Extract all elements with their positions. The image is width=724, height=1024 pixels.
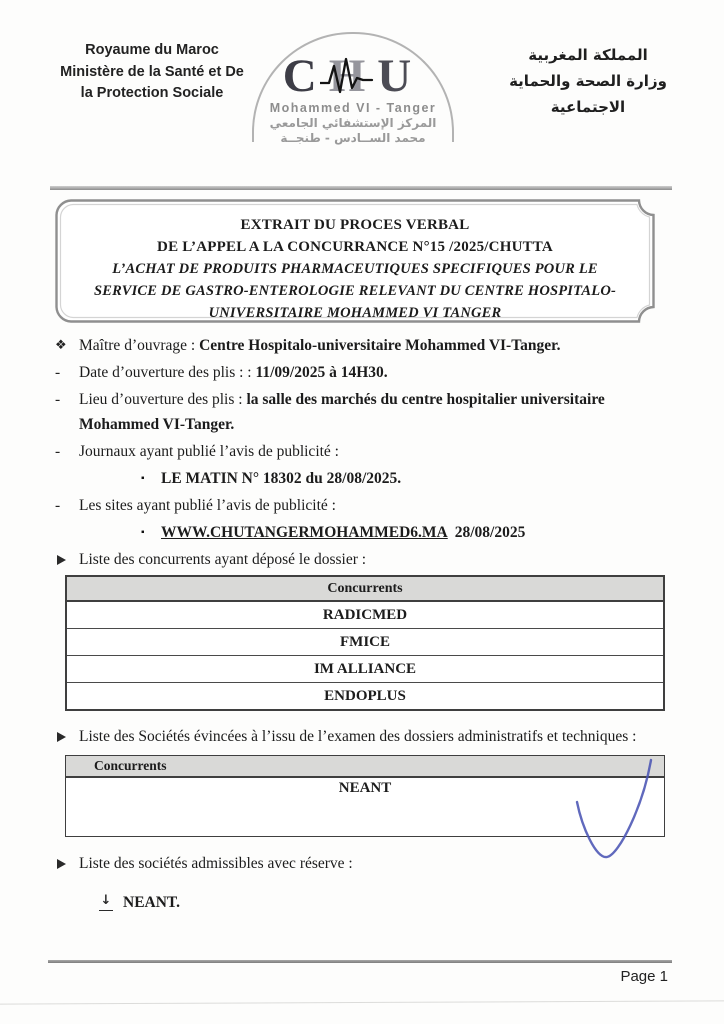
- depositors-title: Liste des concurrents ayant déposé le do…: [79, 547, 366, 572]
- document-page: Royaume du Maroc Ministère de la Santé e…: [0, 0, 724, 1024]
- place-line: - Lieu d’ouverture des plis : la salle d…: [55, 387, 668, 437]
- ministry-header-ar: المملكة المغربية وزارة الصحة والحماية ال…: [462, 42, 714, 120]
- table-row: FMICE: [67, 629, 663, 656]
- journal-value: LE MATIN N° 18302 du 28/08/2025.: [161, 466, 401, 491]
- title-line-2: DE L’APPEL A LA CONCURRANCE N°15 /2025/C…: [83, 236, 627, 258]
- header-line: Ministère de la Santé et De: [52, 62, 252, 84]
- site-date: 28/08/2025: [455, 520, 526, 545]
- down-arrow-bullet-icon: ↓: [99, 890, 113, 911]
- neant-value: NEANT.: [123, 890, 180, 915]
- horizontal-rule: [50, 186, 672, 190]
- sites-label: Les sites ayant publié l’avis de publici…: [79, 493, 668, 518]
- section-excluded-title: Liste des Sociétés évincées à l’issu de …: [55, 724, 668, 749]
- diamond-bullet-icon: ❖: [55, 333, 79, 358]
- document-title: EXTRAIT DU PROCES VERBAL DE L’APPEL A LA…: [55, 199, 655, 324]
- table-row: ENDOPLUS: [67, 683, 663, 709]
- excluded-title: Liste des Sociétés évincées à l’issu de …: [79, 724, 636, 749]
- table-row: IM ALLIANCE: [67, 656, 663, 683]
- place-label: Lieu d’ouverture des plis :: [79, 391, 246, 408]
- dash-bullet-icon: -: [55, 439, 79, 464]
- dash-bullet-icon: -: [55, 493, 79, 518]
- square-bullet-icon: ▪: [141, 466, 161, 491]
- footer-rule: [48, 960, 672, 963]
- arrow-bullet-icon: [57, 732, 66, 742]
- title-line-1: EXTRAIT DU PROCES VERBAL: [83, 214, 627, 236]
- owner-line: ❖ Maître d’ouvrage : Centre Hospitalo-un…: [55, 333, 668, 358]
- logo-arabic-name: المركز الإستشفائي الجامعي: [250, 116, 456, 130]
- table-row: RADICMED: [67, 602, 663, 629]
- site-url: WWW.CHUTANGERMOHAMMED6.MA: [161, 520, 448, 545]
- ministry-header-fr: Royaume du Maroc Ministère de la Santé e…: [52, 40, 252, 105]
- page-number: Page 1: [620, 968, 668, 985]
- logo-subtitle: Mohammed VI - Tanger: [250, 101, 456, 115]
- header-line: وزارة الصحة والحماية: [462, 68, 714, 94]
- header-line: la Protection Sociale: [52, 83, 252, 105]
- owner-value: Centre Hospitalo-universitaire Mohammed …: [199, 337, 560, 354]
- admissible-neant-item: ↓ NEANT.: [99, 890, 668, 915]
- date-label: Date d’ouverture des plis : :: [79, 364, 255, 381]
- header-line: الاجتماعية: [462, 94, 714, 120]
- date-line: - Date d’ouverture des plis : : 11/09/20…: [55, 360, 668, 385]
- chu-logo: CHU Mohammed VI - Tanger المركز الإستشفا…: [250, 30, 456, 144]
- section-depositors-title: Liste des concurrents ayant déposé le do…: [55, 547, 668, 572]
- journals-label: Journaux ayant publié l’avis de publicit…: [79, 439, 668, 464]
- journal-item: ▪ LE MATIN N° 18302 du 28/08/2025.: [141, 466, 668, 491]
- depositors-table: Concurrents RADICMED FMICE IM ALLIANCE E…: [65, 575, 665, 711]
- logo-letter-u: U: [377, 50, 423, 102]
- arrow-bullet-icon: [57, 859, 66, 869]
- heartbeat-icon: [320, 55, 374, 99]
- header-line: المملكة المغربية: [462, 42, 714, 68]
- dash-bullet-icon: -: [55, 360, 79, 385]
- logo-arabic-name-2: محمد الســادس - طنجــة: [250, 131, 456, 145]
- dash-bullet-icon: -: [55, 387, 79, 412]
- scan-artifact-line: [0, 1000, 724, 1004]
- title-line-3: L’ACHAT DE PRODUITS PHARMACEUTIQUES SPEC…: [83, 258, 627, 324]
- admissible-title: Liste des sociétés admissibles avec rése…: [79, 851, 353, 876]
- square-bullet-icon: ▪: [141, 520, 161, 545]
- sites-line: - Les sites ayant publié l’avis de publi…: [55, 493, 668, 518]
- table-header: Concurrents: [67, 577, 663, 602]
- site-item: ▪ WWW.CHUTANGERMOHAMMED6.MA 28/08/2025: [141, 520, 668, 545]
- arrow-bullet-icon: [57, 555, 66, 565]
- pen-mark: [558, 748, 670, 868]
- header-line: Royaume du Maroc: [52, 40, 252, 62]
- date-value: 11/09/2025 à 14H30.: [255, 364, 387, 381]
- owner-label: Maître d’ouvrage :: [79, 337, 199, 354]
- title-plaque: EXTRAIT DU PROCES VERBAL DE L’APPEL A LA…: [55, 199, 655, 323]
- journals-line: - Journaux ayant publié l’avis de public…: [55, 439, 668, 464]
